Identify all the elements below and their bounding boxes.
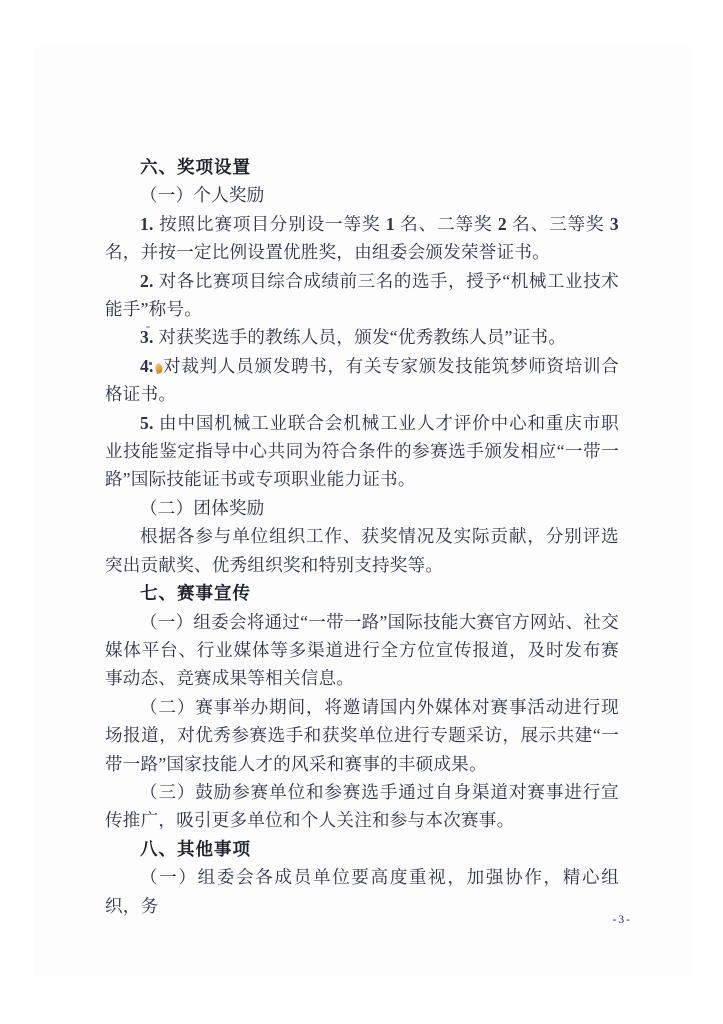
- document-viewer: 六、奖项设置（一）个人奖励1. 按照比赛项目分别设一等奖 1 名、二等奖 2 名…: [0, 0, 723, 1024]
- paragraph: （一）组委会将通过“一带一路”国际技能大赛官方网站、社交媒体平台、行业媒体等多渠…: [105, 608, 619, 693]
- text-run: （一）组委会各成员单位要高度重视，加强协作，精心组织，务: [105, 867, 619, 915]
- text-run: 4.: [140, 356, 154, 376]
- stray-mark: [146, 326, 150, 328]
- list-item: 4.对裁判人员颁发聘书，有关专家颁发技能筑梦师资培训合格证书。: [105, 352, 619, 409]
- section-heading: 八、其他事项: [105, 835, 619, 863]
- text-run: 2.: [140, 271, 154, 291]
- text-run: 1: [386, 214, 395, 234]
- text-run: 对各比赛项目综合成绩前三名的选手，授予“机械工业技术能手”称号。: [105, 271, 619, 319]
- text-run: 对获奖选手的教练人员，颁发“优秀教练人员”证书。: [154, 327, 566, 347]
- paragraph: （一）组委会各成员单位要高度重视，加强协作，精心组织，务: [105, 863, 619, 920]
- stray-mark: [149, 362, 152, 365]
- paragraph: （三）鼓励参赛单位和参赛选手通过自身渠道对赛事进行宣传推广，吸引更多单位和个人关…: [105, 778, 619, 835]
- list-item: 5. 由中国机械工业联合会机械工业人才评价中心和重庆市职业技能鉴定指导中心共同为…: [105, 409, 619, 494]
- document-body: 六、奖项设置（一）个人奖励1. 按照比赛项目分别设一等奖 1 名、二等奖 2 名…: [105, 153, 619, 920]
- text-run: （一）组委会将通过“一带一路”国际技能大赛官方网站、社交媒体平台、行业媒体等多渠…: [105, 612, 619, 689]
- text-run: 七、赛事宣传: [140, 583, 251, 603]
- text-run: 根据各参与单位组织工作、获奖情况及实际贡献，分别评选突出贡献奖、优秀组织奖和特别…: [105, 526, 619, 574]
- text-run: 名、二等奖: [395, 214, 498, 234]
- list-item: 1. 按照比赛项目分别设一等奖 1 名、二等奖 2 名、三等奖 3 名，并按一定…: [105, 210, 619, 267]
- text-run: 名、三等奖: [507, 214, 610, 234]
- sub-heading: （一）个人奖励: [105, 181, 619, 209]
- text-run: （二）团体奖励: [140, 498, 265, 518]
- text-run: 3.: [140, 327, 154, 347]
- sub-heading: （二）团体奖励: [105, 494, 619, 522]
- text-run: 3: [610, 214, 619, 234]
- text-run: 5.: [140, 413, 154, 433]
- text-run: 八、其他事项: [140, 839, 251, 859]
- section-heading: 六、奖项设置: [105, 153, 619, 181]
- text-run: 2: [498, 214, 507, 234]
- paragraph: （二）赛事举办期间，将邀请国内外媒体对赛事活动进行现场报道，对优秀参赛选手和获奖…: [105, 693, 619, 778]
- list-item: 2. 对各比赛项目综合成绩前三名的选手，授予“机械工业技术能手”称号。: [105, 267, 619, 324]
- insertion-cursor-icon: [155, 363, 163, 373]
- text-run: （三）鼓励参赛单位和参赛选手通过自身渠道对赛事进行宣传推广，吸引更多单位和个人关…: [105, 782, 619, 830]
- text-run: 按照比赛项目分别设一等奖: [154, 214, 386, 234]
- text-run: 对裁判人员颁发聘书，有关专家颁发技能筑梦师资培训合格证书。: [105, 356, 619, 404]
- text-run: 名，并按一定比例设置优胜奖，由组委会颁发荣誉证书。: [105, 242, 550, 262]
- section-heading: 七、赛事宣传: [105, 579, 619, 607]
- text-run: （二）赛事举办期间，将邀请国内外媒体对赛事活动进行现场报道，对优秀参赛选手和获奖…: [105, 697, 619, 774]
- paragraph: 根据各参与单位组织工作、获奖情况及实际贡献，分别评选突出贡献奖、优秀组织奖和特别…: [105, 522, 619, 579]
- document-page: 六、奖项设置（一）个人奖励1. 按照比赛项目分别设一等奖 1 名、二等奖 2 名…: [35, 48, 688, 975]
- text-run: 1.: [140, 214, 154, 234]
- text-run: 由中国机械工业联合会机械工业人才评价中心和重庆市职业技能鉴定指导中心共同为符合条…: [105, 413, 619, 490]
- text-run: （一）个人奖励: [140, 185, 265, 205]
- page-number: -3-: [613, 914, 632, 926]
- text-run: 六、奖项设置: [140, 157, 251, 177]
- list-item: 3. 对获奖选手的教练人员，颁发“优秀教练人员”证书。: [105, 323, 619, 351]
